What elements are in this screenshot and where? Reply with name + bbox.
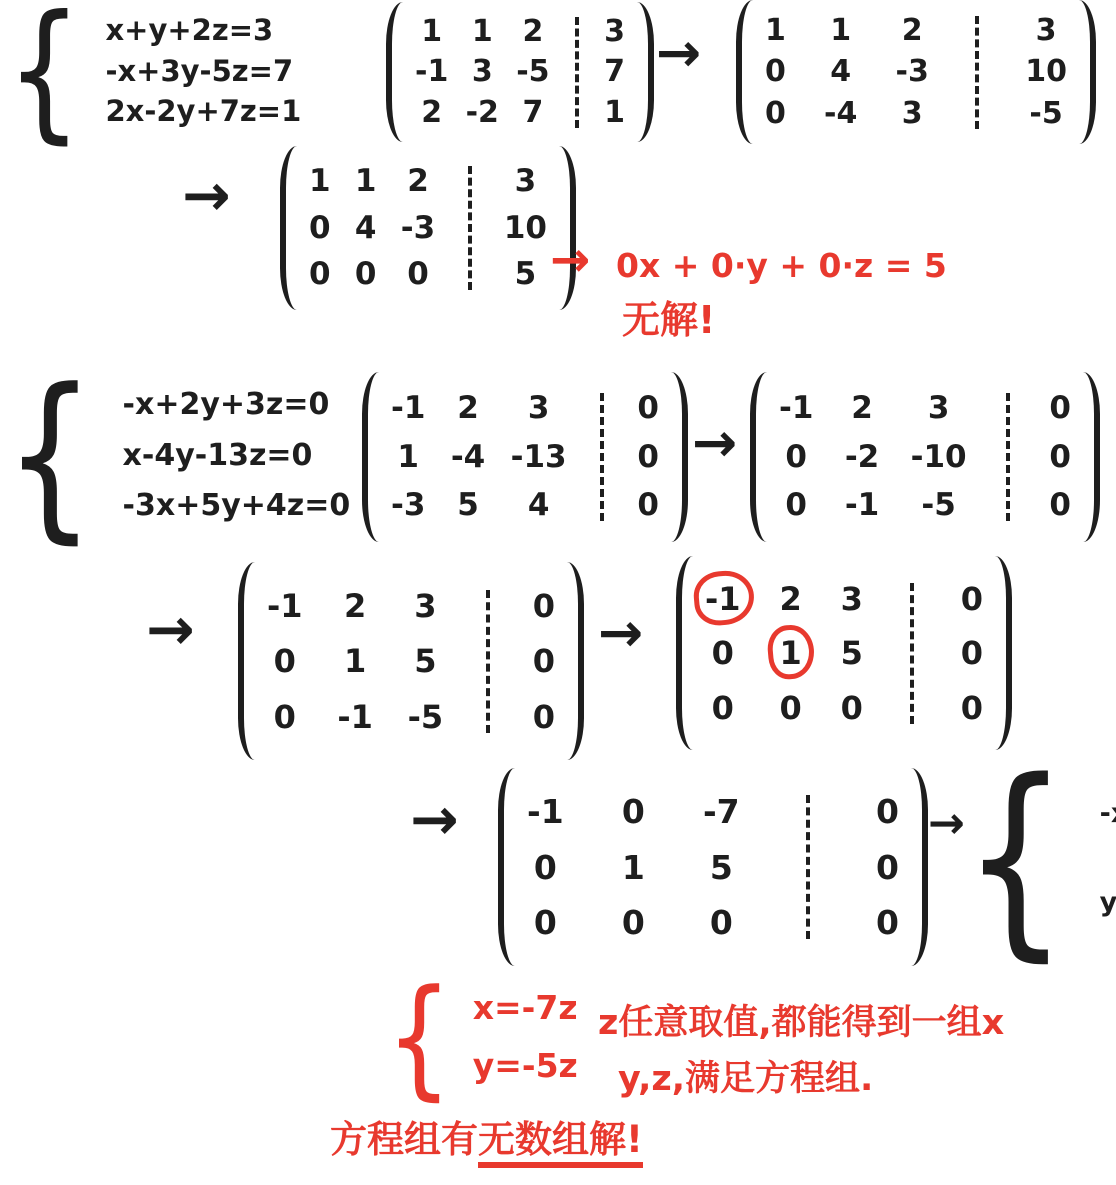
right-paren-icon bbox=[1079, 0, 1096, 144]
linear-system-1: {x+y+2z=3-x+3y-5z=72x-2y+7z=1 bbox=[6, 10, 301, 133]
matrix-cell: 0 bbox=[309, 259, 331, 290]
matrix-cell: 5 bbox=[457, 490, 479, 521]
matrix-cell: 1 bbox=[765, 16, 786, 46]
matrix-cell: 0 bbox=[785, 442, 807, 473]
reduced-system: {-x-7z=0y+5z=0 bbox=[962, 772, 1116, 944]
matrix-cell: 0 bbox=[533, 701, 555, 733]
matrix-cells: -123001500000 bbox=[693, 556, 995, 750]
matrix-cell: -5 bbox=[1029, 99, 1062, 129]
matrix-cell: 0 bbox=[712, 692, 734, 724]
matrix-cell: 5 bbox=[710, 851, 733, 884]
note3-prefix: 方程组有 bbox=[330, 1118, 478, 1161]
matrix-cell: 4 bbox=[355, 213, 377, 244]
augmented-matrix-2b: -12300-2-1000-1-50 bbox=[750, 372, 1100, 542]
matrix-cell: 3 bbox=[472, 57, 493, 87]
matrix-cell: 1 bbox=[779, 637, 801, 669]
arrow-icon: → bbox=[410, 790, 459, 848]
matrix-cells: -12300-2-1000-1-50 bbox=[767, 372, 1083, 542]
matrix-cell: 0 bbox=[1049, 490, 1071, 521]
matrix-cell: -3 bbox=[401, 213, 435, 244]
matrix-cell: 0 bbox=[1049, 442, 1071, 473]
equation-list: x=-7zy=-5z bbox=[473, 989, 578, 1085]
right-paren-icon bbox=[1083, 372, 1100, 542]
parametric-solution-system: {x=-7zy=-5z bbox=[386, 984, 578, 1091]
matrix-cell: 0 bbox=[876, 851, 899, 884]
arrow-icon: → bbox=[692, 416, 737, 470]
matrix-cell: -1 bbox=[845, 490, 879, 521]
matrix-cell: 2 bbox=[457, 393, 479, 424]
left-paren-icon bbox=[280, 146, 297, 310]
equation: -x+3y-5z=7 bbox=[105, 55, 301, 88]
no-solution-verdict: 无解! bbox=[622, 298, 715, 344]
matrix-cell: 0 bbox=[534, 906, 557, 939]
right-paren-icon bbox=[637, 2, 654, 142]
matrix-cell: 0 bbox=[876, 795, 899, 828]
matrix-cell: 1 bbox=[604, 98, 625, 128]
equation: y+5z=0 bbox=[1100, 887, 1116, 918]
matrix-cell: -1 bbox=[267, 590, 303, 622]
matrix-cell: 4 bbox=[528, 490, 550, 521]
matrix-cell: 1 bbox=[622, 851, 645, 884]
matrix-cell: 3 bbox=[902, 99, 923, 129]
matrix-cell: -7 bbox=[703, 795, 740, 828]
matrix-cell: -3 bbox=[896, 57, 929, 87]
right-paren-icon bbox=[911, 768, 928, 966]
matrix-cell: 0 bbox=[622, 906, 645, 939]
left-paren-icon bbox=[498, 768, 515, 966]
matrix-cell: 1 bbox=[309, 166, 331, 197]
matrix-cell: 5 bbox=[515, 259, 537, 290]
equation-list: x+y+2z=3-x+3y-5z=72x-2y+7z=1 bbox=[105, 14, 301, 128]
solution-note-line3: 方程组有无数组解! bbox=[330, 1118, 643, 1162]
matrix-cell: 7 bbox=[604, 57, 625, 87]
equation: -x+2y+3z=0 bbox=[123, 388, 351, 423]
augmented-separator bbox=[575, 17, 579, 128]
matrix-cell: 1 bbox=[421, 17, 442, 47]
matrix-cell: 10 bbox=[1025, 57, 1067, 87]
curly-brace-icon: { bbox=[386, 984, 452, 1091]
matrix-cells: 1123-13-572-271 bbox=[403, 2, 637, 142]
augmented-matrix-2e: -10-7001500000 bbox=[498, 768, 928, 966]
augmented-matrix-1a: 1123-13-572-271 bbox=[386, 2, 654, 142]
matrix-cell: -5 bbox=[921, 490, 955, 521]
matrix-cell: 7 bbox=[522, 98, 543, 128]
matrix-cell: 1 bbox=[472, 17, 493, 47]
matrix-cell: 0 bbox=[961, 583, 983, 615]
right-paren-icon bbox=[671, 372, 688, 542]
left-paren-icon bbox=[736, 0, 753, 144]
matrix-cell: 0 bbox=[765, 57, 786, 87]
matrix-cell: 0 bbox=[533, 645, 555, 677]
matrix-cells: 112304-3100-43-5 bbox=[753, 0, 1079, 144]
red-arrow-icon: → bbox=[550, 236, 590, 284]
matrix-cell: -10 bbox=[911, 442, 967, 473]
matrix-cell: 3 bbox=[841, 583, 863, 615]
left-paren-icon bbox=[238, 562, 255, 760]
left-paren-icon bbox=[386, 2, 403, 142]
matrix-cell: 0 bbox=[1049, 393, 1071, 424]
note3-emphasis-underlined: 无数组解! bbox=[478, 1118, 643, 1168]
equation: x=-7z bbox=[473, 989, 578, 1027]
left-paren-icon bbox=[676, 556, 693, 750]
linear-system-2: {-x+2y+3z=0x-4y-13z=0-3x+5y+4z=0 bbox=[4, 382, 350, 530]
matrix-cell: 3 bbox=[528, 393, 550, 424]
arrow-icon: → bbox=[182, 166, 231, 224]
equation: -x-7z=0 bbox=[1100, 798, 1116, 829]
matrix-cell: -1 bbox=[337, 701, 373, 733]
equation: x+y+2z=3 bbox=[105, 14, 301, 47]
matrix-cell: 0 bbox=[961, 692, 983, 724]
matrix-cell: 0 bbox=[841, 692, 863, 724]
matrix-cell: 0 bbox=[785, 490, 807, 521]
matrix-cell: 3 bbox=[515, 166, 537, 197]
curly-brace-icon: { bbox=[4, 382, 96, 530]
matrix-cell: 0 bbox=[765, 99, 786, 129]
matrix-cell: 3 bbox=[928, 393, 950, 424]
arrow-icon: → bbox=[656, 26, 701, 80]
matrix-cell: 2 bbox=[851, 393, 873, 424]
left-paren-icon bbox=[750, 372, 767, 542]
matrix-cell: 0 bbox=[274, 645, 296, 677]
no-solution-equation: 0x + 0·y + 0·z = 5 bbox=[616, 246, 947, 286]
matrix-cell: 1 bbox=[355, 166, 377, 197]
matrix-cell: 0 bbox=[274, 701, 296, 733]
augmented-separator bbox=[600, 393, 604, 521]
matrix-cell: 1 bbox=[344, 645, 366, 677]
left-paren-icon bbox=[362, 372, 379, 542]
matrix-cell: -13 bbox=[511, 442, 567, 473]
equation: x-4y-13z=0 bbox=[123, 439, 351, 474]
matrix-cells: 112304-3100005 bbox=[297, 146, 559, 310]
matrix-cell: 0 bbox=[407, 259, 429, 290]
augmented-separator bbox=[1006, 393, 1010, 521]
arrow-icon: → bbox=[146, 600, 195, 658]
handwritten-notes-page: {x+y+2z=3-x+3y-5z=72x-2y+7z=1 1123-13-57… bbox=[0, 0, 1116, 1185]
curly-brace-icon: { bbox=[6, 10, 82, 133]
matrix-cell: 1 bbox=[397, 442, 419, 473]
arrow-icon: → bbox=[928, 802, 965, 846]
matrix-cells: -123001500-1-50 bbox=[255, 562, 567, 760]
matrix-cell: 3 bbox=[604, 17, 625, 47]
matrix-cell: 0 bbox=[309, 213, 331, 244]
matrix-cell: -3 bbox=[391, 490, 425, 521]
augmented-separator bbox=[468, 166, 472, 291]
matrix-cell: -4 bbox=[451, 442, 485, 473]
augmented-separator bbox=[975, 16, 979, 129]
equation: y=-5z bbox=[473, 1047, 578, 1085]
matrix-cell: -1 bbox=[527, 795, 564, 828]
matrix-cell: 5 bbox=[414, 645, 436, 677]
matrix-cell: 2 bbox=[779, 583, 801, 615]
matrix-cell: 2 bbox=[522, 17, 543, 47]
augmented-matrix-1b: 112304-3100-43-5 bbox=[736, 0, 1096, 144]
augmented-separator bbox=[486, 590, 490, 733]
matrix-cell: 0 bbox=[637, 442, 659, 473]
augmented-matrix-2a: -12301-4-130-3540 bbox=[362, 372, 688, 542]
solution-note-line2: y,z,满足方程组. bbox=[618, 1058, 873, 1100]
matrix-cell: 0 bbox=[779, 692, 801, 724]
matrix-cell: -1 bbox=[415, 57, 448, 87]
matrix-cells: -10-7001500000 bbox=[515, 768, 911, 966]
matrix-cell: -4 bbox=[824, 99, 857, 129]
matrix-cell: -1 bbox=[779, 393, 813, 424]
matrix-cell: 3 bbox=[1036, 16, 1057, 46]
matrix-cell: -2 bbox=[466, 98, 499, 128]
matrix-cell: 0 bbox=[637, 490, 659, 521]
matrix-cells: -12301-4-130-3540 bbox=[379, 372, 671, 542]
matrix-cell: 0 bbox=[710, 906, 733, 939]
matrix-cell: 1 bbox=[830, 16, 851, 46]
right-paren-icon bbox=[995, 556, 1012, 750]
curly-brace-icon: { bbox=[962, 772, 1069, 944]
augmented-matrix-1c: 112304-3100005 bbox=[280, 146, 576, 310]
equation-list: -x-7z=0y+5z=0 bbox=[1100, 798, 1116, 918]
matrix-cell: 2 bbox=[344, 590, 366, 622]
matrix-cell: 4 bbox=[830, 57, 851, 87]
matrix-cell: 0 bbox=[355, 259, 377, 290]
matrix-cell: 2 bbox=[421, 98, 442, 128]
matrix-cell: 0 bbox=[534, 851, 557, 884]
matrix-cell: -5 bbox=[408, 701, 444, 733]
right-paren-icon bbox=[567, 562, 584, 760]
augmented-matrix-2d-pivots-circled: -123001500000 bbox=[676, 556, 1012, 750]
matrix-cell: -1 bbox=[705, 583, 741, 615]
matrix-cell: 0 bbox=[533, 590, 555, 622]
matrix-cell: 10 bbox=[504, 213, 547, 244]
matrix-cell: 0 bbox=[961, 637, 983, 669]
matrix-cell: 5 bbox=[841, 637, 863, 669]
matrix-cell: 0 bbox=[712, 637, 734, 669]
augmented-separator bbox=[910, 583, 914, 724]
equation: -3x+5y+4z=0 bbox=[123, 489, 351, 524]
matrix-cell: -1 bbox=[391, 393, 425, 424]
matrix-cell: 2 bbox=[407, 166, 429, 197]
matrix-cell: 3 bbox=[414, 590, 436, 622]
matrix-cell: -5 bbox=[516, 57, 549, 87]
solution-note-line1: z任意取值,都能得到一组x bbox=[598, 1002, 1004, 1044]
matrix-cell: 0 bbox=[637, 393, 659, 424]
matrix-cell: -2 bbox=[845, 442, 879, 473]
augmented-matrix-2c: -123001500-1-50 bbox=[238, 562, 584, 760]
equation-list: -x+2y+3z=0x-4y-13z=0-3x+5y+4z=0 bbox=[123, 388, 351, 524]
matrix-cell: 0 bbox=[622, 795, 645, 828]
equation: 2x-2y+7z=1 bbox=[105, 95, 301, 128]
arrow-icon: → bbox=[598, 606, 643, 660]
matrix-cell: 0 bbox=[876, 906, 899, 939]
matrix-cell: 2 bbox=[902, 16, 923, 46]
augmented-separator bbox=[806, 795, 810, 940]
